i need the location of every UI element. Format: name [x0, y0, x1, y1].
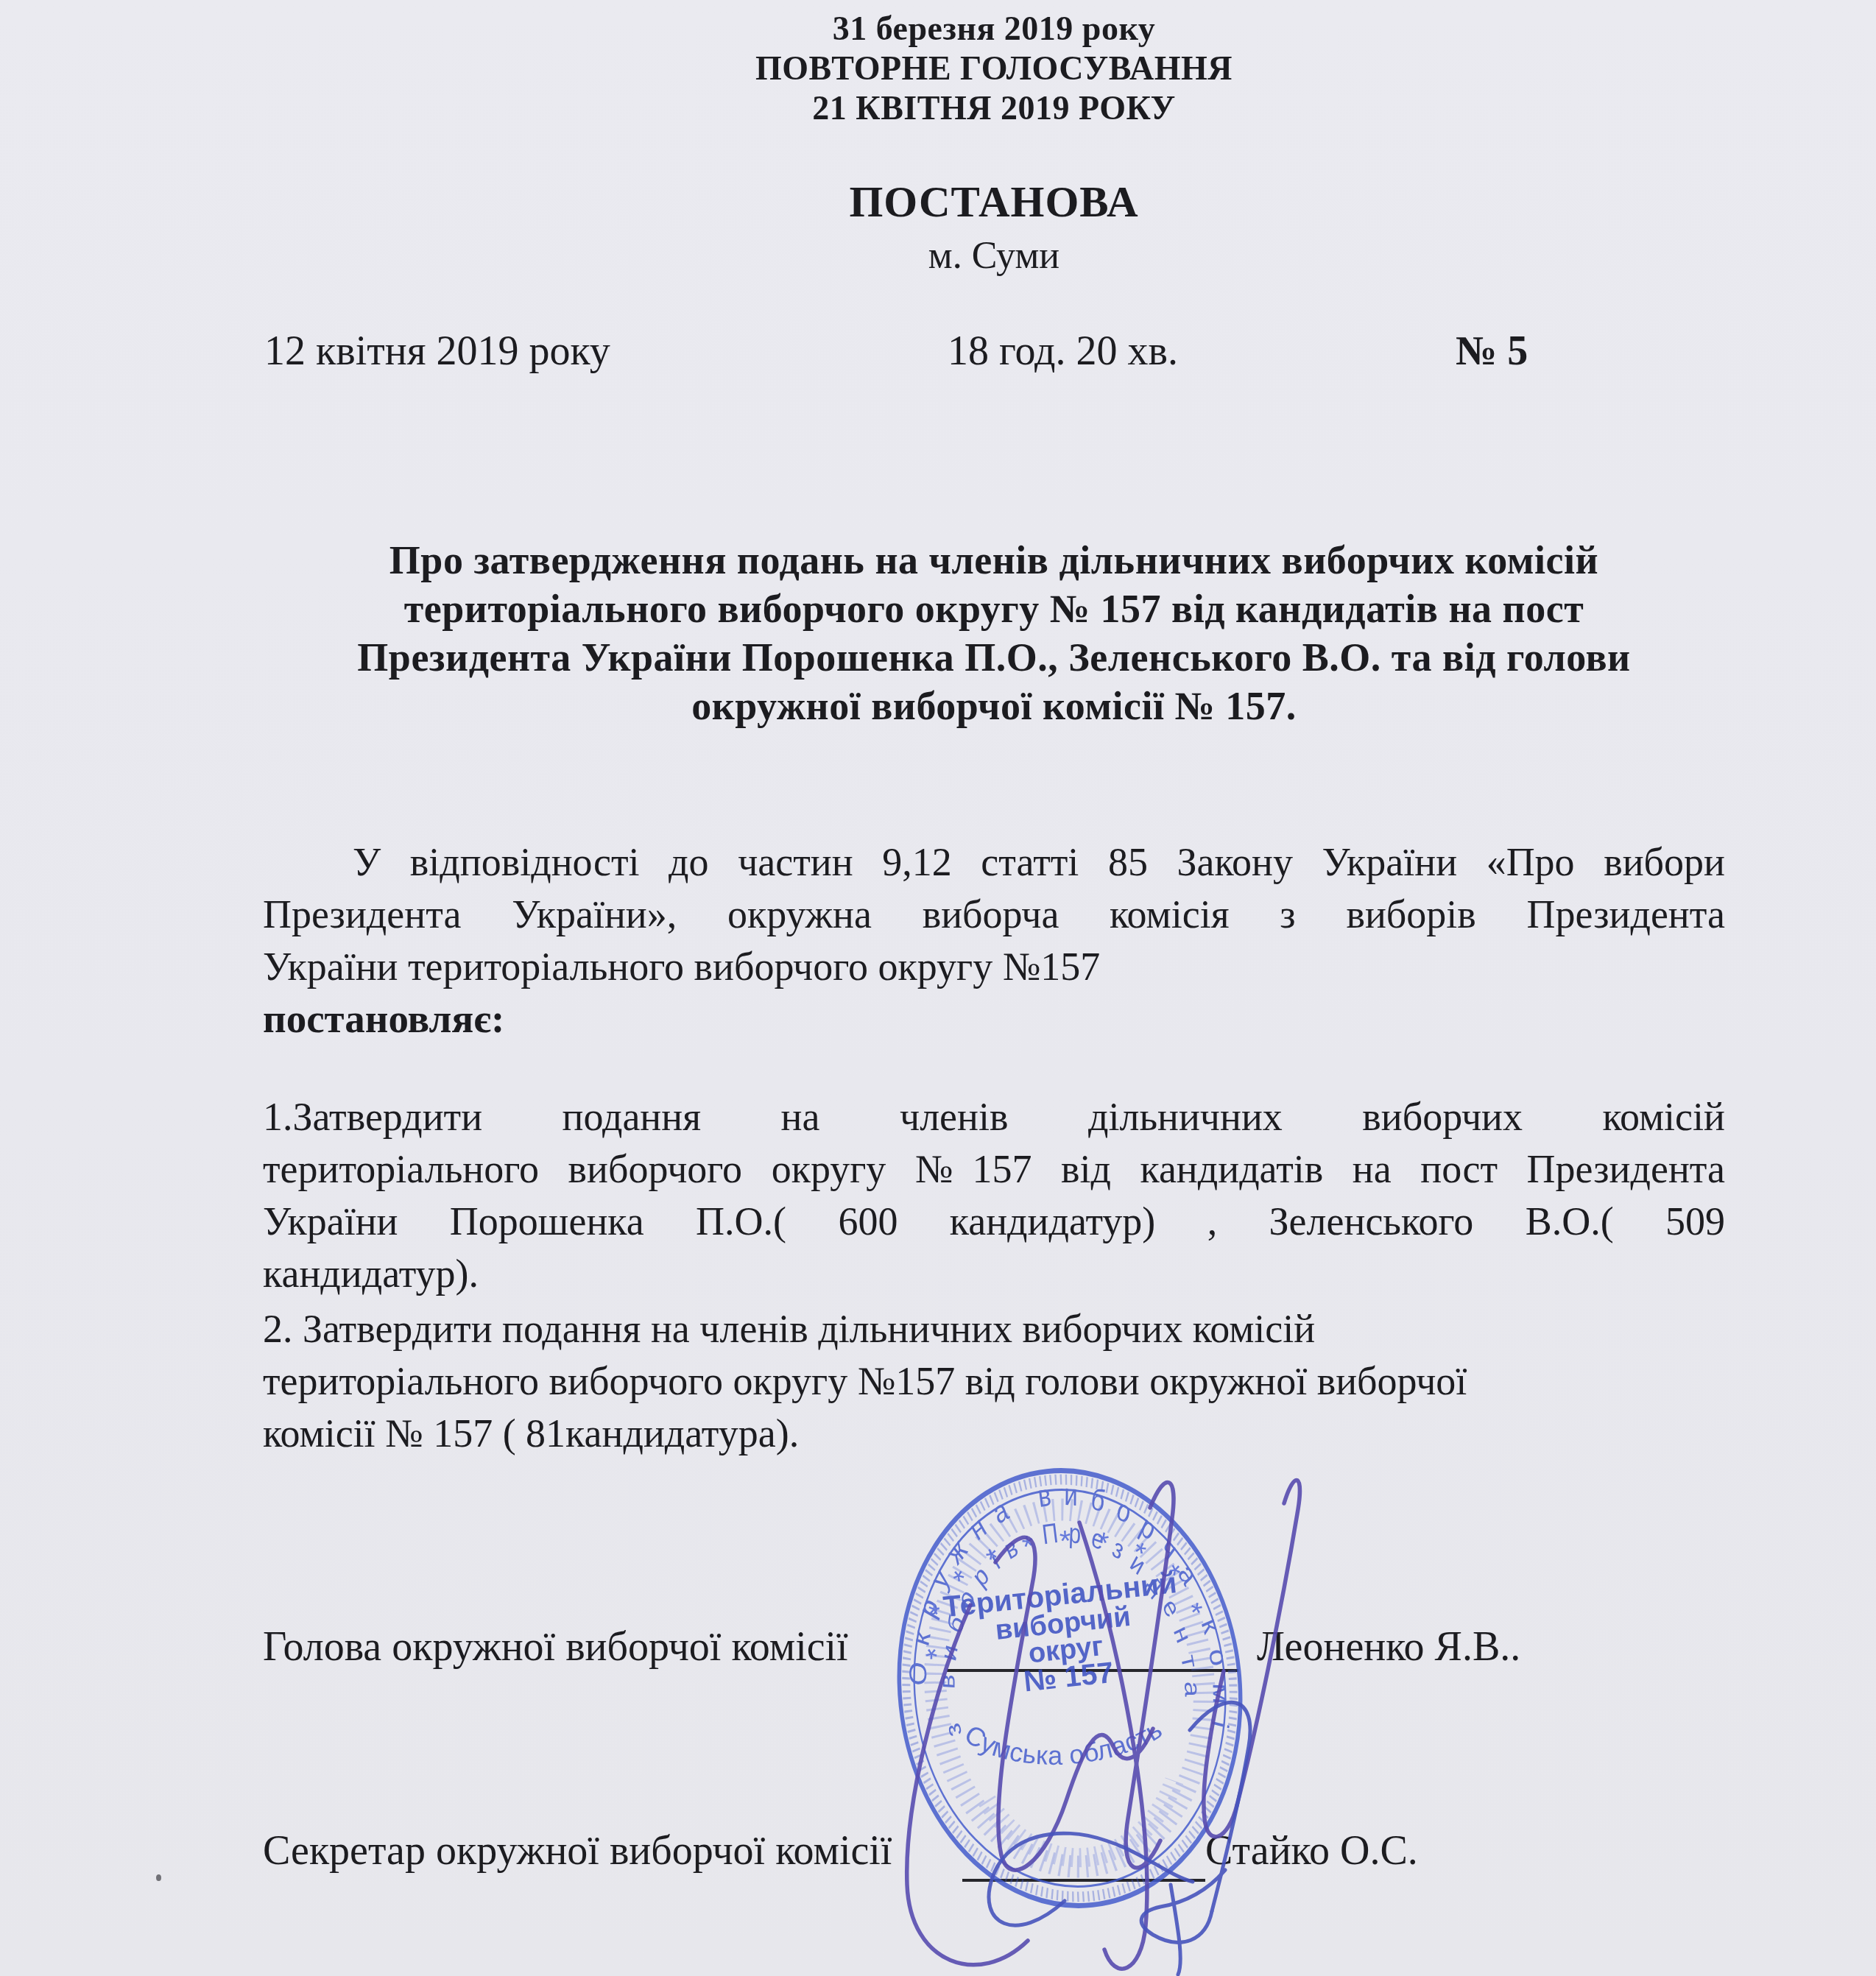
item2-line: територіального виборчого округу №157 ві…	[263, 1355, 1725, 1408]
item2-line: комісії № 157 ( 81кандидатура).	[263, 1408, 1725, 1460]
resolve-word: постановляє:	[263, 995, 1725, 1042]
item1-line: України Порошенка П.О.( 600 кандидатур) …	[263, 1196, 1725, 1248]
secretary-signature-row: Секретар окружної виборчої комісії	[263, 1827, 892, 1874]
doc-type-title: ПОСТАНОВА	[263, 177, 1725, 227]
subject-line: Про затвердження подань на членів дільни…	[263, 536, 1725, 585]
election-date-second-round: 21 КВІТНЯ 2019 РОКУ	[263, 88, 1725, 128]
scan-speck	[156, 1874, 161, 1881]
item1-line: 1.Затвердити подання на членів дільнични…	[263, 1091, 1725, 1143]
intro-line: У відповідності до частин 9,12 статті 85…	[263, 836, 1725, 889]
item2-line: 2. Затвердити подання на членів дільничн…	[263, 1303, 1725, 1355]
doc-subject: Про затвердження подань на членів дільни…	[263, 536, 1725, 730]
item1-line: кандидатур).	[263, 1248, 1725, 1300]
resolution-item-1: 1.Затвердити подання на членів дільнични…	[263, 1091, 1725, 1300]
doc-number: № 5	[1456, 328, 1528, 375]
doc-date: 12 квітня 2019 року	[264, 328, 610, 375]
intro-paragraph: У відповідності до частин 9,12 статті 85…	[263, 836, 1725, 993]
secretary-role: Секретар окружної виборчої комісії	[263, 1828, 892, 1874]
meta-row: 12 квітня 2019 року 18 год. 20 хв. № 5	[263, 328, 1725, 379]
repeat-voting-label: ПОВТОРНЕ ГОЛОСУВАННЯ	[263, 49, 1725, 88]
document-content: 31 березня 2019 року ПОВТОРНЕ ГОЛОСУВАНН…	[263, 0, 1725, 1976]
head-name: Леоненко Я.В..	[1257, 1623, 1520, 1670]
subject-line: Президента України Порошенка П.О., Зелен…	[263, 633, 1725, 682]
intro-line: Президента України», окружна виборча ком…	[263, 889, 1725, 941]
election-date-first-round: 31 березня 2019 року	[263, 9, 1725, 49]
doc-time: 18 год. 20 хв.	[948, 328, 1178, 375]
secretary-name: Стайко О.С.	[1205, 1827, 1418, 1874]
resolution-item-2: 2. Затвердити подання на членів дільничн…	[263, 1303, 1725, 1460]
head-signature-row: Голова окружної виборчої комісії	[263, 1623, 848, 1670]
scanned-document-page: 31 березня 2019 року ПОВТОРНЕ ГОЛОСУВАНН…	[0, 0, 1876, 1976]
intro-line: України територіального виборчого округу…	[263, 941, 1725, 993]
subject-line: окружної виборчої комісії № 157.	[263, 682, 1725, 730]
head-role: Голова окружної виборчої комісії	[263, 1624, 848, 1670]
head-signature-line	[947, 1669, 1238, 1672]
subject-line: територіального виборчого округу № 157 в…	[263, 585, 1725, 633]
item1-line: територіального виборчого округу №157 ві…	[263, 1143, 1725, 1196]
doc-city: м. Суми	[263, 234, 1725, 278]
election-header: 31 березня 2019 року ПОВТОРНЕ ГОЛОСУВАНН…	[263, 9, 1725, 128]
secretary-signature-line	[962, 1879, 1205, 1882]
